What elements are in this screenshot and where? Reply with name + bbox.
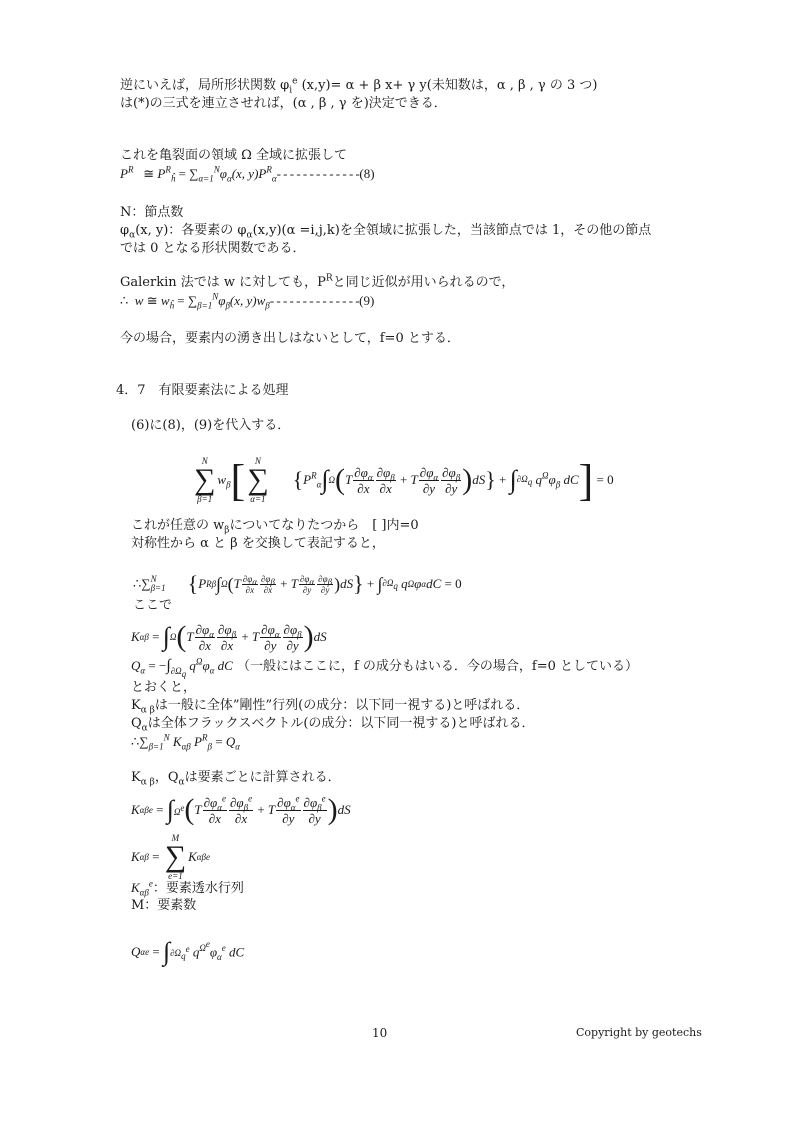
q-vector-definition: Qα = −∫∂Ωq qΩφα dC （一般にはここに，f の成分もはいる．今の…	[131, 658, 638, 675]
koko-de-text: ここで	[133, 598, 172, 614]
text: は要素ごとに計算される．	[185, 770, 341, 785]
section-heading: 4．7 有限要素法による処理	[116, 383, 289, 399]
equation-number: (8)	[359, 166, 374, 181]
text: ：要素透水行列	[153, 881, 244, 896]
phi-definition-line1: φα(x, y)：各要素の φα(x,y)(α =i,j,k)を全領域に拡張した…	[120, 223, 651, 239]
equation-8: PR ≅ PRĥ = ∑α=1Nφα(x, y)PRα- - - - - - -…	[120, 166, 375, 182]
to-oku-to-text: とおくと，	[131, 680, 196, 696]
equation-9: ∴ w ≅ wĥ = ∑β=1Nφβ(x, y)wβ- - - - - - - …	[120, 293, 374, 309]
text: R	[326, 274, 333, 284]
weak-form-equation: N∑β=1 wβ [ N∑α=1 { PRα ∫Ω (T ∂φα∂x ∂φβ∂x…	[192, 450, 614, 510]
q-element-definition: Qαe = ∫∂Ωqe qΩeφαe dC	[131, 932, 244, 972]
text: φ	[120, 223, 129, 238]
k-assembly-equation: Kαβ = M∑e=1 Kαβe	[131, 834, 210, 880]
f-zero-text: 今の場合，要素内の湧き出しはないとして，f=0 とする．	[120, 331, 460, 347]
text: （一般にはここに，f の成分もはいる．今の場合，f=0 としている）	[237, 659, 638, 674]
text: i	[289, 86, 292, 96]
global-system-equation: ∴∑β=1N Kαβ PRβ = Qα	[131, 734, 240, 750]
symmetric-equation: ∴∑Nβ=1 {PRβ ∫Ω (T ∂φα∂x ∂φβ∂x + T ∂φα∂y …	[133, 570, 462, 598]
page-number: 10	[372, 1026, 387, 1040]
phi-definition-line2: では 0 となる形状関数である．	[120, 241, 306, 257]
flux-description: Qαは全体フラックスベクトル(の成分：以下同一視する)と呼ばれる．	[131, 716, 535, 732]
n-definition: N：節点数	[120, 205, 183, 221]
copyright-text: Copyright by geotechs	[576, 1026, 702, 1039]
text: Galerkin 法では w に対しても，P	[120, 275, 326, 290]
document-page: 逆にいえば，局所形状関数 φie (x,y)= α + β x+ γ y(未知数…	[0, 0, 793, 1122]
text: 逆にいえば，局所形状関数 φ	[120, 78, 289, 93]
text: と同じ近似が用いられるので，	[333, 275, 515, 290]
extend-domain-text: これを亀裂面の領域 Ω 全域に拡張して	[120, 148, 347, 164]
k-element-definition: Kαβe = ∫Ωe (T ∂φαe∂x ∂φβe∂x + T ∂φαe∂y ∂…	[131, 788, 351, 832]
k-matrix-definition: Kαβ = ∫Ω (T ∂φα∂x ∂φβ∂x + T ∂φα∂y ∂φβ∂y …	[131, 616, 327, 658]
text: (x, y)：各要素の φ	[135, 223, 246, 238]
shape-function-paragraph-line1: 逆にいえば，局所形状関数 φie (x,y)= α + β x+ γ y(未知数…	[120, 78, 597, 94]
m-definition: M：要素数	[131, 898, 196, 914]
text: についてなりたつから [ ]内=0	[229, 518, 418, 533]
k-element-label: Kαβe：要素透水行列	[131, 880, 244, 897]
text: (x,y)= α + β x+ γ y(未知数は，α , β , γ の 3 つ…	[297, 78, 597, 93]
shape-function-paragraph-line2: は(*)の三式を連立させれば，(α , β , γ を)決定できる．	[120, 96, 447, 112]
stiffness-description: Kα βは一般に全体”剛性”行列(の成分：以下同一視する)と呼ばれる．	[131, 698, 529, 714]
text: は全体フラックスベクトル(の成分：以下同一視する)と呼ばれる．	[148, 716, 535, 731]
galerkin-text: Galerkin 法では w に対しても，PRと同じ近似が用いられるので，	[120, 275, 514, 291]
text: これが任意の w	[131, 518, 224, 533]
element-calc-text: Kα β，Qαは要素ごとに計算される．	[131, 770, 341, 786]
arbitrary-w-text: これが任意の wβについてなりたつから [ ]内=0	[131, 518, 419, 534]
text: は一般に全体”剛性”行列(の成分：以下同一視する)と呼ばれる．	[155, 698, 529, 713]
substitution-text: (6)に(8)，(9)を代入する．	[131, 418, 290, 434]
text: (x,y)(α =i,j,k)を全領域に拡張した，当該節点では 1，その他の節点	[253, 223, 652, 238]
equation-number: (9)	[359, 293, 374, 308]
symmetry-text: 対称性から α と β を交換して表記すると，	[131, 536, 385, 552]
